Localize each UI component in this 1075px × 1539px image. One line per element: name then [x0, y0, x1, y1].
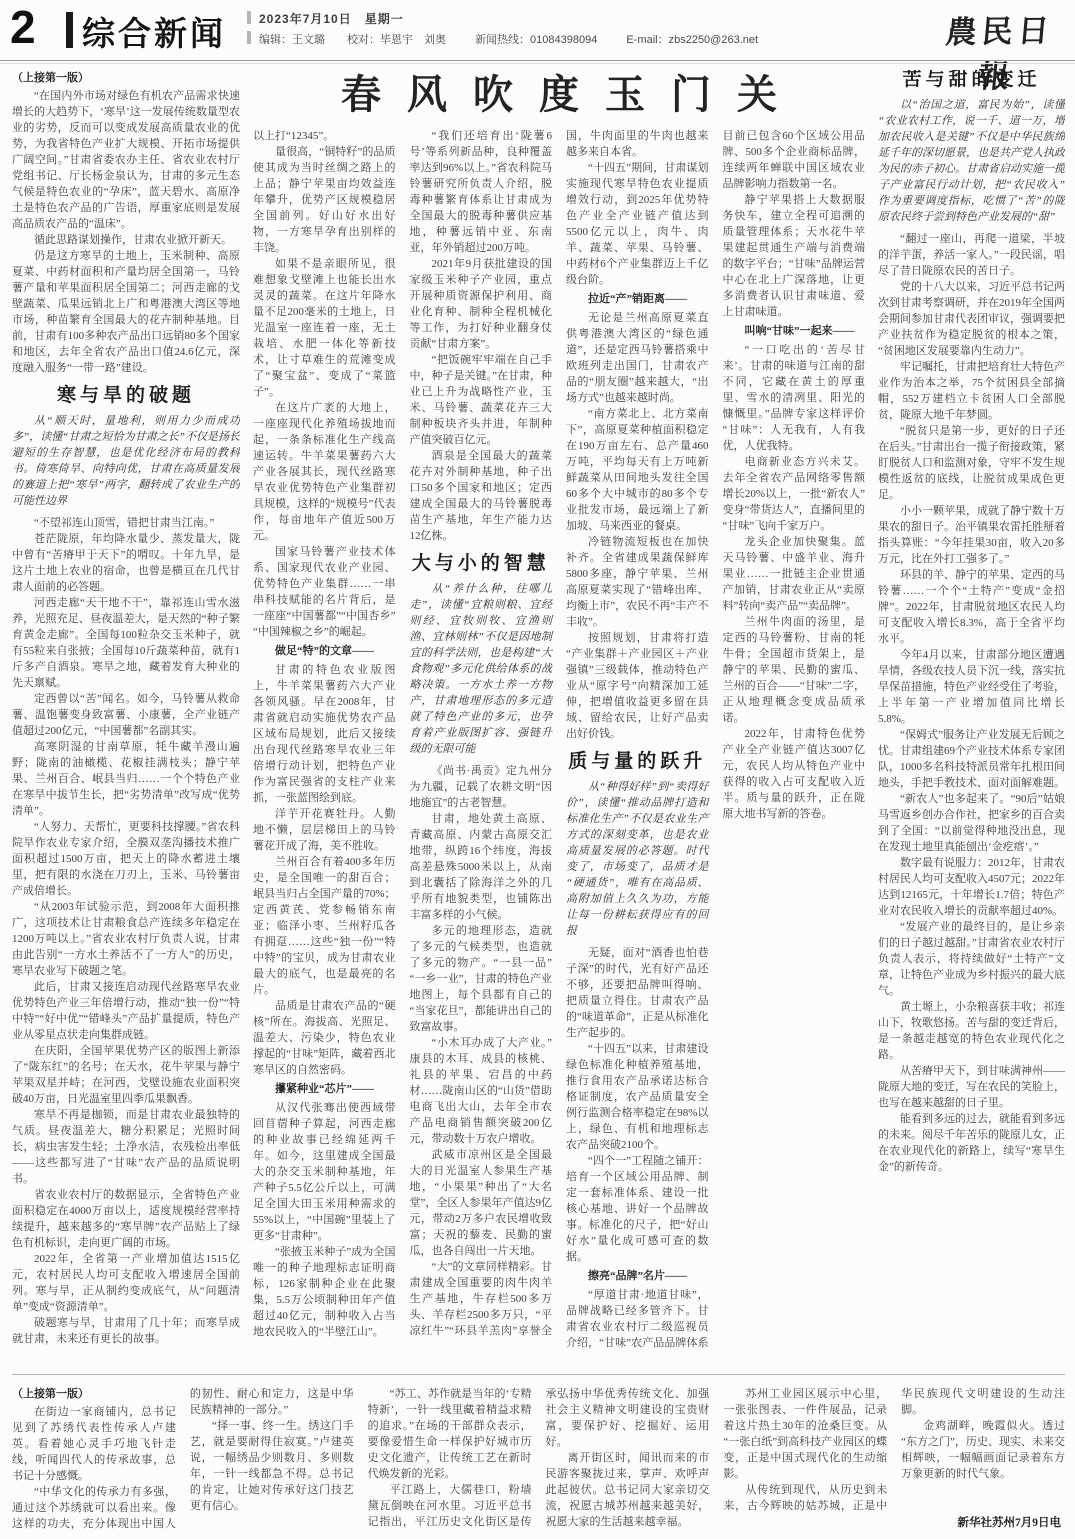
paragraph: 《尚书·禹贡》定九州分为九疆，记载了农耕文明“因地施宜”的古老智慧。 — [410, 763, 553, 811]
paragraph: 金鸡湖畔，晚霞似火。透过“东方之门”，历史、现实、未来交相辉映，一幅幅画面记录着… — [901, 1418, 1065, 1482]
section-heading: 质与量的跃升 — [566, 754, 709, 770]
paragraph: 甘肃，地处黄土高原、青藏高原、内蒙古高原交汇地带，纵跨16个纬度，海拔高差悬殊5… — [410, 811, 553, 923]
header-rule-light — [0, 63, 1075, 64]
paragraph: “翻过一座山，再爬一道梁，半坡的洋芋蛋，养活一家人。”一段民谣，唱尽了昔日陇原农… — [878, 231, 1065, 279]
paragraph: 2022年，全省第一产业增加值达1515亿元，农村居民人均可支配收入增速居全国前… — [12, 1251, 240, 1315]
paragraph: “苏工、苏作就是当年的‘专精特新’，一针一线里藏着精益求精的追求。”在场的干部群… — [368, 1386, 532, 1482]
bottom-divider-rule — [12, 1374, 1065, 1375]
paragraph: 高寒阴湿的甘南草原，牦牛藏羊漫山遍野；陇南的油橄榄、花椒挂满枝头；静宁苹果、兰州… — [12, 739, 240, 819]
paragraph: 国家马铃薯产业技术体系、国家现代农业产业园、优势特色产业集群……一串串科技赋能的… — [253, 544, 396, 640]
paragraph: 如果不是亲眼所见，很难想象戈壁滩上也能长出水灵灵的蔬菜。在这片年降水量不足200… — [253, 256, 396, 400]
paragraph: 小小一颗苹果，成就了静宁数十万果农的甜日子。治平镇果农雷托胜掰着指头算账：“今年… — [878, 503, 1065, 567]
paragraph: “保姆式”服务让产业发展无后顾之忧。甘肃组建69个产业技术体系专家团队，1000… — [878, 727, 1065, 791]
paragraph: 党的十八大以来，习近平总书记两次到甘肃考察调研，并在2019年全国两会期间参加甘… — [878, 279, 1065, 359]
paragraph: “脱贫只是第一步，更好的日子还在后头。”甘肃出台一揽子衔接政策，紧盯脱贫人口和监… — [878, 423, 1065, 503]
section-lead: 从“顺天时，量地利，则用力少而成功多”，读懂“甘肃之短恰为甘肃之长”不仅是扬长避… — [12, 413, 240, 509]
paragraph: 苏州工业园区展示中心里，一张张图表、一件件展品，记录着这片热土30年的沧桑巨变。… — [723, 1386, 887, 1482]
paragraph: 多元的地理形态，造就了多元的气候类型，也造就了多元的物产。“一县一品”“一乡一业… — [410, 923, 553, 1035]
section-divider-bar — [66, 12, 73, 48]
paragraph: 电商新业态方兴未艾。去年全省农产品网络零售额增长20%以上，一批“新农人”变身“… — [723, 454, 866, 534]
paragraph: “小木耳办成了大产业。”康县的木耳、成县的核桃、礼县的苹果、宕昌的中药材……陇南… — [410, 1035, 553, 1147]
paragraph: “从2003年试验示范，到2008年大面积推广，这项技术让甘肃粮食总产连续多年稳… — [12, 899, 240, 979]
paragraph: 武威市凉州区是全国最大的日光温室人参果生产基地，“小果果”种出了“大名堂”，全区… — [410, 1147, 553, 1259]
paragraph: 黄土塬上，小杂粮喜获丰收；祁连山下，牧歌悠扬。苦与甜的变迁背后，是一条越走越宽的… — [878, 999, 1065, 1063]
bottom-story: （上接第一版）在街边一家商铺内，总书记见到了苏绣代表性传承人卢建英。看着她心灵手… — [12, 1386, 1065, 1532]
right-column: 苦与甜的变迁以“治国之道，富民为始”，读懂“农业农村工作，说一千、道一万，增加农… — [878, 70, 1065, 1366]
paragraph: 酒泉是全国最大的蔬菜花卉对外制种基地，种子出口50多个国家和地区；定西建成全国最… — [410, 448, 553, 544]
paragraph: “我们还培育出‘陇薯6号’等系列新品种，良种覆盖率达到96%以上。”省农科院马铃… — [410, 128, 553, 256]
paragraph: 龙头企业加快聚集。蓝天马铃薯、中盛羊业、海升果业……一批链主企业贯通产加销，甘肃… — [723, 534, 866, 614]
paragraph: “张掖玉米种子”成为全国唯一的种子地理标志证明商标，126家制种企业在此聚集，5… — [253, 1244, 396, 1340]
paragraph: “择一事、终一生。绣这门手艺，就是要耐得住寂寞。”卢建英说，一幅绣品少则数月、多… — [190, 1418, 354, 1514]
paragraph: 牢记嘱托，甘肃把培育壮大特色产业作为治本之举，75个贫困县全部摘帽，552万建档… — [878, 359, 1065, 423]
section-lead: 以“治国之道，富民为始”，读懂“农业农村工作，说一千、道一万，增加农民收入是关键… — [878, 97, 1065, 225]
paragraph: 仍是这方寒旱的土地上，玉米制种、高原夏菜、中药材面积和产量均居全国第一，马铃薯产… — [12, 248, 240, 376]
header-tick-bottom — [247, 31, 251, 44]
section-lead: 从“养什么种，往哪儿走”，读懂“宜粮则粮、宜经则经、宜牧则牧、宜渔则渔、宜林则林… — [410, 581, 553, 757]
paragraph: 省农业农村厅的数据显示，全省特色产业面积稳定在4000万亩以上，适度规模经营率持… — [12, 1187, 240, 1251]
section-heading: 寒与旱的破题 — [12, 388, 240, 404]
paragraph: 环县的羊、静宁的苹果、定西的马铃薯……一个个“土特产”变成“金招牌”。2022年… — [878, 567, 1065, 647]
paragraph: 苍茫陇原，年均降水量少、蒸发量大，陇中曾有“苦瘠甲于天下”的喟叹。十年九旱，是这… — [12, 531, 240, 595]
paragraph: “把饭碗牢牢端在自己手中，种子是关键。”在甘肃，种业已上升为战略性产业，玉米、马… — [410, 352, 553, 448]
paragraph: 2021年9月获批建设的国家级玉米种子产业园，重点开展种质资源保护利用、商业化育… — [410, 256, 553, 352]
paragraph: 无论是兰州高原夏菜直供粤港澳大湾区的“绿色通道”，还是定西马铃薯搭乘中欧班列走出… — [566, 310, 709, 406]
crosshead: 攥紧种业“芯片”—— — [253, 1081, 396, 1097]
crosshead: 拉近“产”销距离—— — [566, 291, 709, 307]
header-rule — [0, 60, 1075, 61]
main-headline: 春风吹度玉门关 — [253, 70, 865, 122]
paragraph: “新农人”也多起来了。“90后”姑娘马雪返乡创办合作社，把家乡的百合卖到了全国：… — [878, 791, 1065, 855]
paragraph: “十四五”以来，甘肃建设绿色标准化种植养殖基地，推行食用农产品承诺达标合格证制度… — [566, 1041, 709, 1153]
paragraph: 今年4月以来，甘肃部分地区遭遇旱情，各级农技人员下沉一线，落实抗旱保苗措施，特色… — [878, 647, 1065, 727]
editor-line: 编辑：王文璐 校对：毕恩宇 刘奥 新闻热线：01084398094 E-mail… — [259, 31, 784, 47]
paragraph: 从苦瘠甲天下，到甘味满神州——陇原大地的变迁，写在农民的笑脸上，也写在越来越甜的… — [878, 1063, 1065, 1111]
paragraph: “人努力、天帮忙，更要科技撑腰。”省农科院旱作农业专家介绍，全膜双垄沟播技术推广… — [12, 819, 240, 899]
section-name: 综合新闻 — [82, 8, 226, 55]
crosshead: 擦亮“品牌”名片—— — [566, 1268, 709, 1284]
paragraph: “发展产业的最终目的，是让乡亲们的日子越过越甜。”甘肃省农业农村厅负责人表示，将… — [878, 919, 1065, 999]
paragraph: 2022年，甘肃特色优势产业全产业链产值达3007亿元，农民人均从特色产业中获得… — [723, 726, 866, 822]
paragraph: 在街边一家商铺内，总书记见到了苏绣代表性传承人卢建英。看着她心灵手巧地飞针走线，… — [12, 1404, 176, 1484]
paragraph: 寒旱不再是枷锁，而是甘肃农业最独特的气质。昼夜温差大，糖分积累足；光照时间长，病… — [12, 1107, 240, 1187]
paragraph: 冷链物流短板也在加快补齐。全省建成果蔬保鲜库5800多座，静宁苹果、兰州高原夏菜… — [566, 534, 709, 630]
paragraph: 甘肃的特色农业版图上，牛羊菜果薯药六大产业各领风骚。早在2008年，甘肃省就启动… — [253, 662, 396, 806]
paragraph: 量很高，“铜特籽”的品质使其成为当时丝绸之路上的上品；静宁苹果亩均效益连年攀升，… — [253, 144, 396, 256]
crosshead: 叫响“甘味”一起来—— — [723, 323, 866, 339]
newspaper-page: 2 综合新闻 2023年7月10日 星期一 编辑：王文璐 校对：毕恩宇 刘奥 新… — [0, 0, 1075, 1539]
continued-tag: （上接第一版） — [12, 70, 240, 86]
paragraph: 洋芋开花赛牡丹。人勤地不懒，层层梯田上的马铃薯花开成了海，美不胜收。 — [253, 806, 396, 854]
paragraph: 离开街区时，闻讯而来的市民游客聚拢过来，掌声、欢呼声此起彼伏。总书记同大家亲切交… — [545, 1450, 709, 1530]
left-column: （上接第一版）“在国内外市场对绿色有机农产品需求快速增长的大趋势下，‘寒旱’这一… — [12, 70, 240, 1366]
paragraph: “十四五”期间，甘肃谋划实施现代寒旱特色农业提质增效行动，到2025年优势特色产… — [566, 160, 709, 288]
continued-tag: （上接第一版） — [12, 1386, 176, 1402]
editor-names: 编辑：王文璐 校对：毕恩宇 刘奥 — [259, 34, 446, 46]
news-hotline: 新闻热线：01084398094 — [475, 34, 597, 46]
paragraph: 静宁苹果搭上大数据服务快车，建立全程可追溯的质量管理体系；天水花牛苹果建起贯通生… — [723, 192, 866, 320]
paragraph: “南方菜北上、北方菜南下”，高原夏菜种植面积稳定在190万亩左右、总产量460万… — [566, 406, 709, 534]
paragraph: 此后，甘肃又接连启动现代丝路寒旱农业优势特色产业三年倍增行动，推动“独一份”“特… — [12, 979, 240, 1043]
header-tick-top — [247, 11, 251, 24]
paragraph: 从汉代张骞出使西域带回苜蓿种子算起，河西走廊的种业故事已经绵延两千年。如今，这里… — [253, 1100, 396, 1244]
paragraph: 品质是甘肃农产品的“硬核”所在。海拔高、光照足、温差大、污染少，特色农业撑起的“… — [253, 998, 396, 1078]
news-agency-dateline: 新华社苏州7月9日电 — [950, 1514, 1062, 1530]
section-heading: 大与小的智慧 — [410, 556, 553, 572]
paragraph: 无疑，面对“酒香也怕巷子深”的时代，光有好产品还不够，还要把品牌叫得响、把质量立… — [566, 945, 709, 1041]
paragraph: 能看到多远的过去，就能看到多远的未来。阅尽千年苦乐的陇原儿女，正在农业现代化的新… — [878, 1111, 1065, 1175]
paragraph: 数字最有说服力：2012年，甘肃农村居民人均可支配收入4507元；2022年达到… — [878, 855, 1065, 919]
paragraph: 破题寒与旱，甘肃用了几十年；而寒旱成就甘肃，未来还有更长的故事。 — [12, 1315, 240, 1347]
article-columns: 以上打“12345”。量很高，“铜特籽”的品质使其成为当时丝绸之路上的上品；静宁… — [253, 128, 865, 1366]
center-zone: 春风吹度玉门关 以上打“12345”。量很高，“铜特籽”的品质使其成为当时丝绸之… — [253, 70, 865, 1366]
paragraph: 按照规划，甘肃将打造“产业集群＋产业园区＋产业强镇”三级载体，推动特色产业从“原… — [566, 630, 709, 742]
paragraph: 定西曾以“苦”闻名。如今，马铃薯从救命薯、温饱薯变身致富薯、小康薯，全产业链产值… — [12, 691, 240, 739]
page-number: 2 — [10, 4, 36, 50]
section-heading: 苦与甜的变迁 — [878, 72, 1065, 88]
date-line: 2023年7月10日 星期一 — [259, 10, 404, 27]
paragraph: 循此思路谋划操作，甘肃农业掀开新天。 — [12, 232, 240, 248]
paragraph: “一口吃出的‘苦尽甘来’。甘肃的味道与江南的甜不同，它藏在黄土的厚重里、雪水的清… — [723, 342, 866, 454]
paragraph: “不望祁连山顶雪，错把甘肃当江南。” — [12, 515, 240, 531]
email-address: E-mail：zbs2250@263.net — [626, 34, 758, 46]
paragraph: 兰州牛肉面的汤里，是定西的马铃薯粉、甘南的牦牛骨；全国超市货架上，是静宁的苹果、… — [723, 614, 866, 726]
paragraph: 河西走廊“天干地不干”，靠祁连山雪水滋养，光照充足、昼夜温差大，是天然的“种子繁… — [12, 595, 240, 691]
paragraph: “在国内外市场对绿色有机农产品需求快速增长的大趋势下，‘寒旱’这一发展传统数量型… — [12, 88, 240, 232]
bottom-story-columns: （上接第一版）在街边一家商铺内，总书记见到了苏绣代表性传承人卢建英。看着她心灵手… — [12, 1386, 1065, 1532]
section-lead: 从“种得好样”到“卖得好价”，读懂“推动品牌打造和标准化生产”不仅是农业生产方式… — [566, 779, 709, 939]
paragraph: 在庆阳，全国苹果优势产区的版图上新添了“陇东红”的名号；在天水，花牛苹果与静宁苹… — [12, 1043, 240, 1107]
paragraph: 兰州百合有着400多年历史，是全国唯一的甜百合；岷县当归占全国产量的70%；定西… — [253, 854, 396, 998]
paragraph-fragment: 以上打“12345”。 — [253, 128, 396, 144]
paragraph: “四个一”工程随之铺开：培育一个区域公用品牌、制定一套标准体系、建设一批核心基地… — [566, 1153, 709, 1265]
paragraph: 在这片广袤的大地上，一座座现代化养殖场拔地而起，一条条标准化生产线高速运转。牛羊… — [253, 400, 396, 544]
crosshead: 做足“特”的文章—— — [253, 643, 396, 659]
